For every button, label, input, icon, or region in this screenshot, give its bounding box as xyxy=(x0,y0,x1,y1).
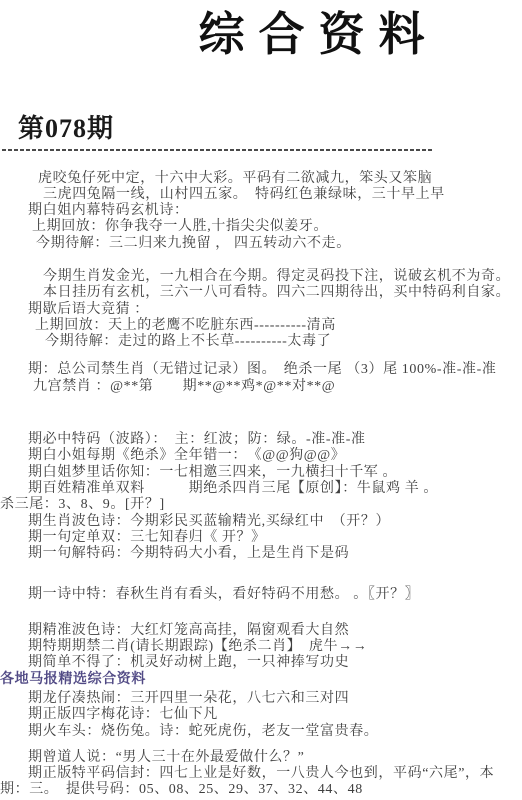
text-line: 九宫禁肖 ：@**第 期**@**鸡*@**对**@ xyxy=(0,379,522,395)
text-line: 期白小姐每期《绝杀》全年错一： 《@@狗@@》 xyxy=(0,448,522,464)
text-line: 期龙仔凑热闹：三开四里一朵花，八七六和三对四 xyxy=(0,691,522,707)
text-line: 期一诗中特：春秋生肖有看头，看好特码不用愁。 。〖开？〗 xyxy=(0,587,522,603)
issue-number: 第078期 xyxy=(18,114,522,144)
text-line: 本日挂历有玄机，三六一八可看特。四六二四期待出，买中特码利自家。 xyxy=(0,285,522,301)
text-line: 期特期期禁二肖(请长期跟踪)【绝杀二肖】 虎牛→→ xyxy=(0,639,522,655)
text-line: 期歇后语大竞猜 ： xyxy=(0,302,522,318)
text-line: 期简单不得了：机灵好动树上跑，一只神捧写功史 xyxy=(0,655,522,671)
text-line: 期一句定单双：三七知春归《 开？》 xyxy=(0,530,522,546)
section-heading-line: 各地马报精选综合资料 xyxy=(0,672,522,688)
text-line: 期正版特平码信封：四七上业是好数，一八贵人今也到，平码“六尾”，本 xyxy=(0,766,522,782)
text-line: 期一句解特码：今期特码大小看，上是生肖下是码 xyxy=(0,546,522,562)
page: 综合资料 第078期 虎咬兔仔死中定，十六中大彩。平码有二欲减九，笨头又笨脑三虎… xyxy=(0,0,522,800)
dashed-divider xyxy=(2,149,432,151)
text-line: 期：三。 提供号码：05、08、25、29、37、32、44、48 xyxy=(0,782,522,798)
text-line: 三虎四兔隔一线，山村四五家。 特码红色兼绿味，三十早上早 xyxy=(0,187,522,203)
text-line: 期正版四字梅花诗：七仙下凡 xyxy=(0,707,522,723)
text-line: 今期生肖发金光，一九相合在今期。得定灵码投下注，说破玄机不为奇。 xyxy=(0,269,522,285)
text-line: 期曾道人说：“男人三十在外最爱做什么？” xyxy=(0,750,522,766)
text-line: 今期待解：走过的路上不长草----------太毒了 xyxy=(0,334,522,350)
text-line: 期白姐内幕特码玄机诗： xyxy=(0,203,522,219)
text-line: 上期回放：天上的老鹰不吃脏东西----------清高 xyxy=(0,318,522,334)
text-line: 期：总公司禁生肖（无错过记录）图。 绝杀一尾 （3）尾 100%-准-准-准 xyxy=(0,362,522,378)
text-line: 今期待解：三二归来九挽留 ， 四五转动六不走。 xyxy=(0,236,522,252)
text-line: 期生肖波色诗：今期彩民买蓝输精光,买绿红中 （开？） xyxy=(0,514,522,530)
content-lines: 虎咬兔仔死中定，十六中大彩。平码有二欲减九，笨头又笨脑三虎四兔隔一线，山村四五家… xyxy=(0,171,522,799)
page-title: 综合资料 xyxy=(0,0,522,64)
text-line: 虎咬兔仔死中定，十六中大彩。平码有二欲减九，笨头又笨脑 xyxy=(0,171,522,187)
text-line: 期百姓精准单双料 期绝杀四肖三尾【原创】：牛鼠鸡 羊 。 xyxy=(0,481,522,497)
text-line: 杀三尾：3、8、9。[开？] xyxy=(0,497,522,513)
text-line: 期精准波色诗：大红灯笼高高挂，隔窗观看大自然 xyxy=(0,623,522,639)
text-line: 上期回放：你争我夺一人胜,十指尖尖似姜牙。 xyxy=(0,219,522,235)
text-line: 期火车头：烧伤兔。诗：蛇死虎伤，老友一堂富贵春。 xyxy=(0,724,522,740)
text-line: 期白姐梦里话你知：一七相邀三四来，一九横扫十千军 。 xyxy=(0,465,522,481)
text-line: 期必中特码（波路）： 主：红波；防：绿。-准-准-准 xyxy=(0,432,522,448)
